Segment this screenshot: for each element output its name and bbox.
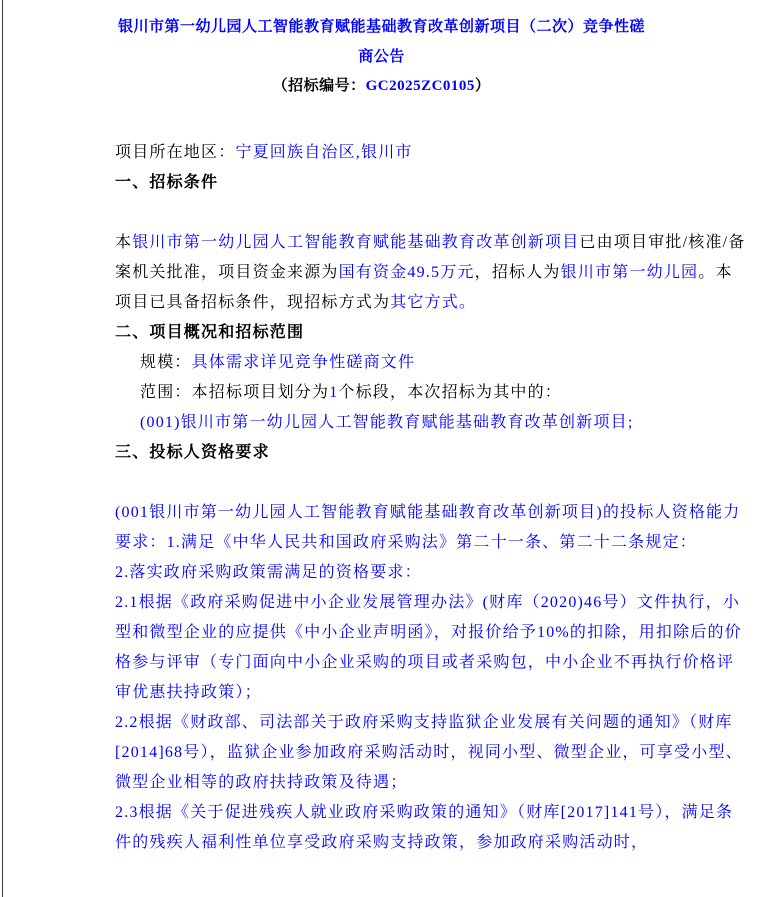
text-segment: 2.2根据《财政部、司法部关于政府采购支持监狱企业发展有关问题的通知》（财库[2… <box>115 714 743 791</box>
text-segment: 规模： <box>140 354 192 371</box>
document-body: 项目所在地区：宁夏回族自治区,银川市一、招标条件本银川市第一幼儿园人工智能教育赋… <box>115 138 747 858</box>
text-segment: (001)银川市第一幼儿园人工智能教育赋能基础教育改革创新项目; <box>140 414 634 431</box>
section-heading-3: 三、投标人资格要求 <box>115 438 747 468</box>
document-header: 银川市第一幼儿园人工智能教育赋能基础教育改革创新项目（二次）竞争性磋商公告 （招… <box>0 12 763 100</box>
lot-line: (001)银川市第一幼儿园人工智能教育赋能基础教育改革创新项目; <box>115 408 747 438</box>
tender-number: GC2025ZC0105 <box>366 78 475 94</box>
announcement-page: 银川市第一幼儿园人工智能教育赋能基础教育改革创新项目（二次）竞争性磋商公告 （招… <box>0 0 763 858</box>
text-segment: 个标段，本次招标为其中的： <box>338 384 562 401</box>
project-location-line: 项目所在地区：宁夏回族自治区,银川市 <box>115 138 747 168</box>
page-left-border <box>2 0 3 897</box>
tender-number-prefix: （招标编号： <box>273 78 366 94</box>
tender-number-suffix: ） <box>475 78 491 94</box>
text-segment: 2.1根据《政府采购促进中小企业发展管理办法》(财库（2020)46号）文件执行… <box>115 594 742 701</box>
text-segment: 银川市第一幼儿园人工智能教育赋能基础教育改革创新项目 <box>132 234 579 251</box>
policy-2-1-paragraph: 2.1根据《政府采购促进中小企业发展管理办法》(财库（2020)46号）文件执行… <box>115 588 747 708</box>
policy-2-2-paragraph: 2.2根据《财政部、司法部关于政府采购支持监狱企业发展有关问题的通知》（财库[2… <box>115 708 747 798</box>
text-segment: 宁夏回族自治区,银川市 <box>235 144 412 161</box>
text-segment: 本 <box>115 234 132 251</box>
text-segment: 项目所在地区： <box>115 144 235 161</box>
text-segment: 2.落实政府采购政策需满足的资格要求： <box>115 564 422 581</box>
text-segment: 范围：本招标项目划分为 <box>140 384 329 401</box>
blank-line <box>115 468 747 498</box>
policy-2-3-paragraph: 2.3根据《关于促进残疾人就业政府采购政策的通知》（财库[2017]141号），… <box>115 798 747 858</box>
qualification-paragraph: (001银川市第一幼儿园人工智能教育赋能基础教育改革创新项目)的投标人资格能力要… <box>115 498 747 558</box>
text-segment: 银川市第一幼儿园 <box>561 264 699 281</box>
tender-number-line: （招标编号：GC2025ZC0105） <box>0 72 763 100</box>
policy-requirement-paragraph: 2.落实政府采购政策需满足的资格要求： <box>115 558 747 588</box>
text-segment: 国有资金49.5万元 <box>339 264 475 281</box>
blank-line <box>115 198 747 228</box>
text-segment: (001银川市第一幼儿园人工智能教育赋能基础教育改革创新项目)的投标人资格能力要… <box>115 504 740 551</box>
scope-line: 范围：本招标项目划分为1个标段，本次招标为其中的： <box>115 378 747 408</box>
text-segment: ，招标人为 <box>475 264 561 281</box>
text-segment: 2.3根据《关于促进残疾人就业政府采购政策的通知》（财库[2017]141号），… <box>115 804 733 851</box>
tender-conditions-paragraph: 本银川市第一幼儿园人工智能教育赋能基础教育改革创新项目已由项目审批/核准/备案机… <box>115 228 747 318</box>
scale-line: 规模：具体需求详见竞争性磋商文件 <box>115 348 747 378</box>
text-segment: 具体需求详见竞争性磋商文件 <box>192 354 416 371</box>
section-heading-1: 一、招标条件 <box>115 168 747 198</box>
text-segment: 其它方式。 <box>390 294 476 311</box>
document-title: 银川市第一幼儿园人工智能教育赋能基础教育改革创新项目（二次）竞争性磋商公告 <box>112 12 652 72</box>
section-heading-2: 二、项目概况和招标范围 <box>115 318 747 348</box>
